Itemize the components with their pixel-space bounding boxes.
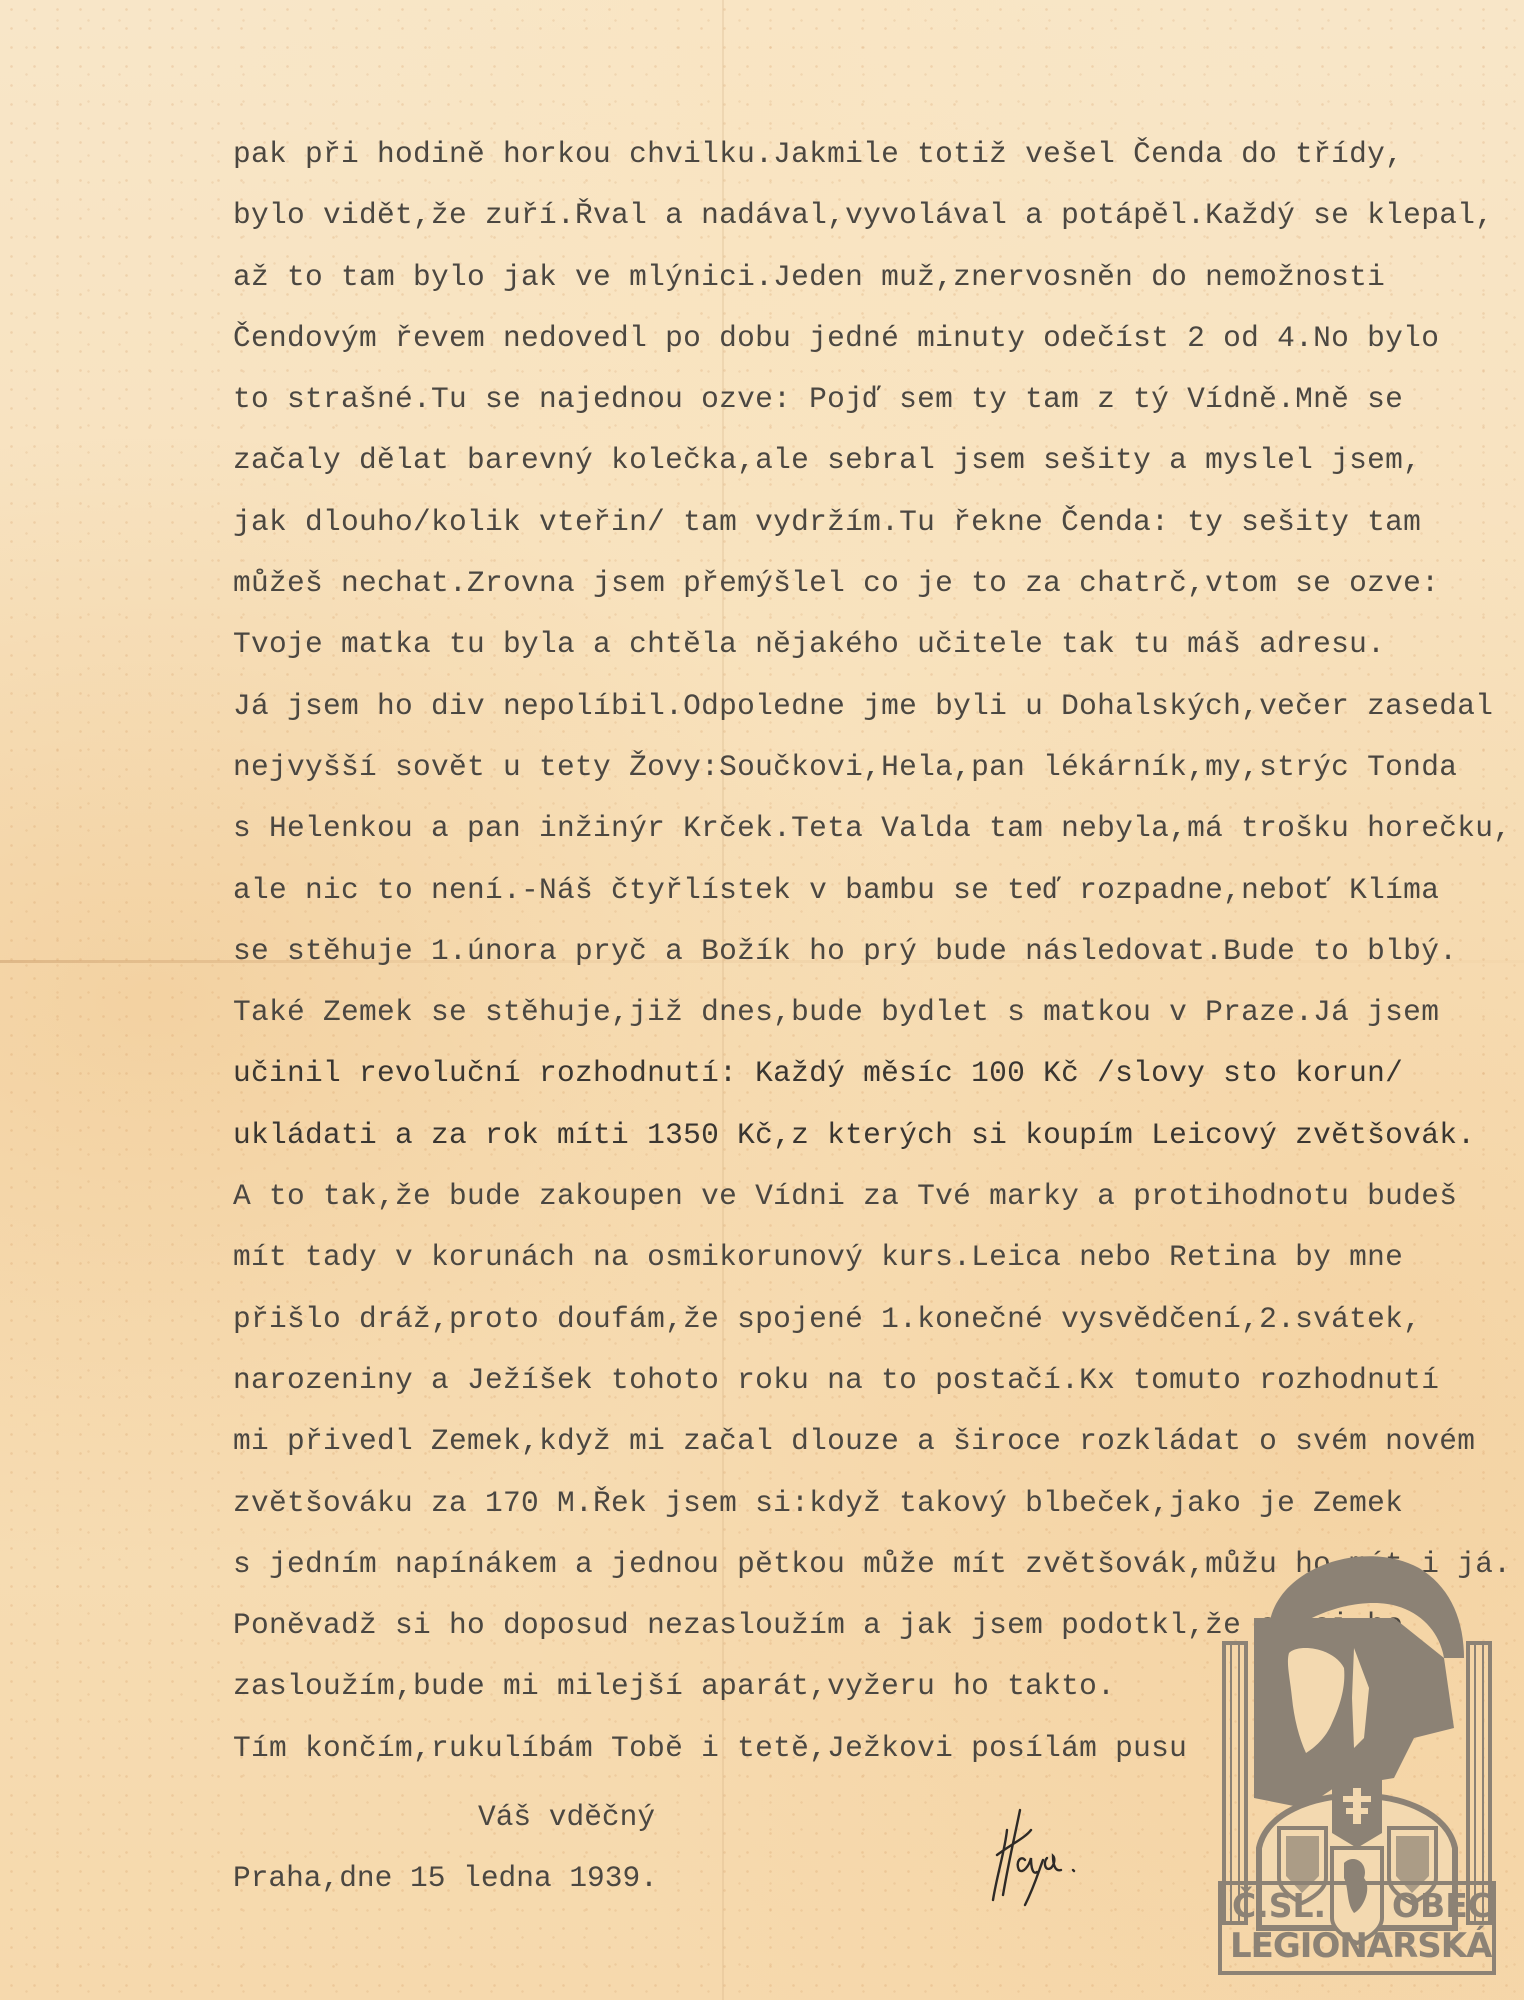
- signature-handwritten: [985, 1800, 1105, 1910]
- body-line: ukládati a za rok míti 1350 Kč,z kterých…: [233, 1115, 1523, 1176]
- stamp-text-legionarska: LEGIONÁŘSKÁ: [1230, 1926, 1491, 1966]
- body-line: narozeniny a Ježíšek tohoto roku na to p…: [233, 1360, 1523, 1421]
- body-line: až to tam bylo jak ve mlýnici.Jeden muž,…: [233, 257, 1523, 318]
- body-line: bylo vidět,že zuří.Řval a nadával,vyvolá…: [233, 195, 1523, 256]
- body-line: jak dlouho/kolik vteřin/ tam vydržím.Tu …: [233, 502, 1523, 563]
- body-line: ale nic to není.-Náš čtyřlístek v bambu …: [233, 870, 1523, 931]
- body-line: začaly dělat barevný kolečka,ale sebral …: [233, 440, 1523, 501]
- body-line: se stěhuje 1.února pryč a Božík ho prý b…: [233, 931, 1523, 992]
- body-line: učinil revoluční rozhodnutí: Každý měsíc…: [233, 1053, 1523, 1114]
- closing-salutation: Váš vděčný: [478, 1800, 655, 1834]
- body-line: nejvyšší sovět u tety Žovy:Součkovi,Hela…: [233, 747, 1523, 808]
- body-line: pak při hodině horkou chvilku.Jakmile to…: [233, 134, 1523, 195]
- body-line: mi přivedl Zemek,když mi začal dlouze a …: [233, 1421, 1523, 1482]
- body-line: to strašné.Tu se najednou ozve: Pojď sem…: [233, 379, 1523, 440]
- body-line: můžeš nechat.Zrovna jsem přemýšlel co je…: [233, 563, 1523, 624]
- body-line: s Helenkou a pan inžinýr Krček.Teta Vald…: [233, 808, 1523, 869]
- body-line: Také Zemek se stěhuje,již dnes,bude bydl…: [233, 992, 1523, 1053]
- body-line: Já jsem ho div nepolíbil.Odpoledne jme b…: [233, 686, 1523, 747]
- body-line: Čendovým řevem nedovedl po dobu jedné mi…: [233, 318, 1523, 379]
- legion-stamp: Č.SL. OBEC LEGIONÁŘSKÁ: [1214, 1548, 1500, 1976]
- stamp-text-csl: Č.SL.: [1232, 1886, 1326, 1925]
- place-date: Praha,dne 15 ledna 1939.: [233, 1861, 658, 1895]
- stamp-text-obec: OBEC: [1392, 1886, 1492, 1925]
- body-line: mít tady v korunách na osmikorunový kurs…: [233, 1237, 1523, 1298]
- letter-body: pak při hodině horkou chvilku.Jakmile to…: [233, 134, 1523, 1789]
- body-line: přišlo dráž,proto doufám,že spojené 1.ko…: [233, 1299, 1523, 1360]
- body-line: A to tak,že bude zakoupen ve Vídni za Tv…: [233, 1176, 1523, 1237]
- body-line: Tvoje matka tu byla a chtěla nějakého uč…: [233, 624, 1523, 685]
- body-line: zvětšováku za 170 M.Řek jsem si:když tak…: [233, 1483, 1523, 1544]
